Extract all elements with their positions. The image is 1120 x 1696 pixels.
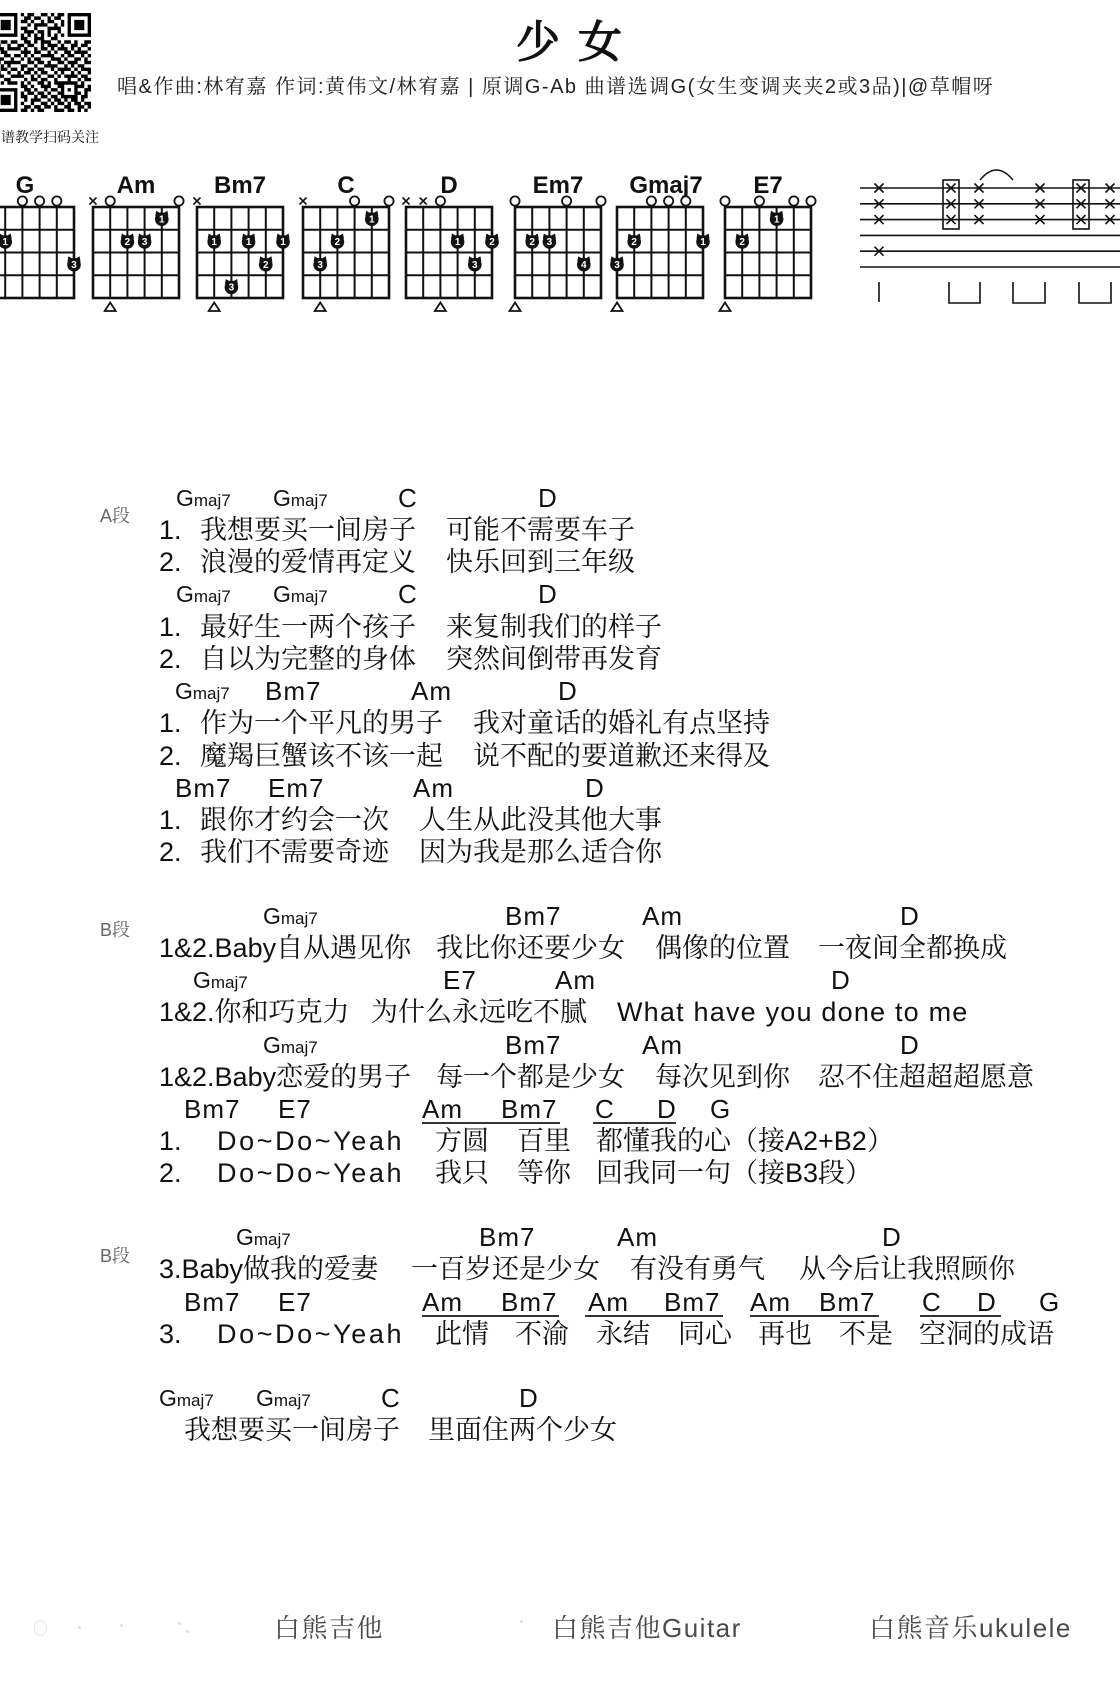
chord-label: G [1039, 1286, 1060, 1318]
finger-dot: 3 [313, 256, 327, 271]
chord-label: Bm7 [664, 1286, 720, 1318]
chord-line: Gmaj7 E7 Am D [0, 964, 1120, 996]
lyric-segment: 来复制我们的样子 [446, 611, 662, 643]
chord-label: Bm7 [479, 1221, 535, 1253]
lyric-segment: 此情 [435, 1318, 489, 1350]
lyric-segment: 从今后让我照顾你 [799, 1253, 1015, 1285]
chord-diagram-name: G [16, 172, 35, 199]
chord-diagram-e7: E7 1 2 [720, 172, 816, 311]
chord-line: Gmaj7 Bm7 Am D [0, 1221, 1120, 1253]
fretboard-grid [0, 207, 74, 298]
fretboard-grid [197, 207, 283, 298]
chord-label: Gmaj7 [193, 964, 248, 999]
chord-label: Em7 [268, 772, 324, 804]
chord-line: Gmaj7 Bm7 Am D [0, 1029, 1120, 1061]
finger-dot: 2 [485, 234, 499, 249]
chord-label: Gmaj7 [176, 482, 231, 517]
chord-label: Bm7 [501, 1093, 557, 1125]
open-string-icon [720, 196, 729, 205]
chord-line: Bm7 E7 Am Bm7 Am Bm7 Am Bm7 C D G [0, 1286, 1120, 1318]
watermark-text: 白熊吉他Guitar [552, 1612, 742, 1644]
lyric-segment: Do~Do~Yeah [217, 1318, 404, 1350]
root-triangle-icon [612, 303, 623, 312]
open-string-icon [664, 196, 673, 205]
chord-label: Bm7 [501, 1286, 557, 1318]
open-string-icon [647, 196, 656, 205]
lyric-segment: 突然间倒带再发育 [446, 643, 662, 675]
chord-diagram-g: G 1 3 [0, 172, 81, 298]
chord-group-underline [422, 1315, 559, 1317]
lyric-line: 3.Baby做我的爱妻 一百岁还是少女 有没有勇气 从今后让我照顾你 [0, 1253, 1120, 1285]
finger-dot: 3 [610, 256, 624, 271]
lyric-line: 1&2.你和巧克力 为什么永远吃不腻 What have you done to… [0, 996, 1120, 1028]
finger-number: 2 [125, 237, 131, 248]
fretboard-grid [406, 207, 492, 298]
chord-diagram-name: Gmaj7 [629, 172, 702, 199]
fretboard-grid [617, 207, 703, 298]
finger-dot: 1 [770, 211, 784, 226]
chord-label: Gmaj7 [175, 675, 230, 710]
lyric-line: 1&2.Baby恋爱的男子 每一个都是少女 每次见到你 忍不住超超超愿意 [0, 1061, 1120, 1093]
chord-label: D [585, 772, 605, 804]
finger-dot: 4 [577, 256, 591, 271]
lyric-segment: 浪漫的爱情再定义 [200, 546, 416, 578]
chord-label: D [558, 675, 578, 707]
chord-label: D [538, 578, 558, 610]
chord-label: G [710, 1093, 731, 1125]
root-triangle-icon [435, 303, 446, 312]
watermark-text: 白熊音乐ukulele [869, 1612, 1072, 1644]
verse-number: 3. [159, 1318, 182, 1350]
chord-label: Gmaj7 [273, 482, 328, 517]
chord-label: Am [422, 1093, 463, 1125]
lyric-segment: 方圆 [435, 1125, 489, 1157]
open-string-icon [755, 196, 764, 205]
chord-diagram-d: D 1 2 3 [403, 172, 499, 311]
chord-diagram-name: E7 [753, 172, 782, 199]
open-string-icon [806, 196, 815, 205]
lyric-segment: 我们不需要奇迹 [200, 836, 389, 868]
chord-line: Gmaj7 Bm7 Am D [0, 675, 1120, 707]
chord-label: Bm7 [265, 675, 321, 707]
lyric-line: 2. 魔羯巨蟹该不该一起 说不配的要道歉还来得及 [0, 740, 1120, 772]
chord-diagram-row: G 1 3 Am 1 2 3 Bm7 1 1 1 2 3 C 1 [0, 0, 1120, 330]
finger-dot: 2 [121, 234, 135, 249]
fretboard-grid [725, 207, 811, 298]
lyric-segment: 自以为完整的身体 [200, 643, 416, 675]
verse-number: 1. [159, 514, 182, 546]
lyric-segment: 1&2.Baby自从遇见你 [159, 932, 411, 964]
lyric-line: 2. Do~Do~Yeah 我只 等你 回我同一句 （接B3段） [0, 1157, 1120, 1189]
chord-label: Am [411, 675, 452, 707]
chord-label: E7 [278, 1286, 312, 1318]
finger-dot: 2 [331, 234, 345, 249]
finger-number: 3 [547, 237, 553, 248]
finger-number: 3 [472, 260, 478, 271]
chord-label: Bm7 [184, 1286, 240, 1318]
chord-label: Bm7 [505, 1029, 561, 1061]
chord-diagram-name: D [440, 172, 457, 199]
chord-diagram-c: C 1 2 3 [300, 172, 394, 311]
chord-diagram-name: Em7 [533, 172, 584, 199]
chord-label: D [657, 1093, 677, 1125]
lyric-segment: 忍不住超超超愿意 [818, 1061, 1034, 1093]
lyric-segment: 同心 [678, 1318, 732, 1350]
chord-label: Am [642, 900, 683, 932]
verse-number: 1. [159, 707, 182, 739]
chord-label: D [538, 482, 558, 514]
lyric-segment: 永结 [596, 1318, 650, 1350]
verse-number: 2. [159, 546, 182, 578]
chord-group-underline [920, 1315, 1001, 1317]
lyric-line: 1. 最好生一两个孩子 来复制我们的样子 [0, 611, 1120, 643]
lyric-line: 1. 作为一个平凡的男子 我对童话的婚礼有点坚持 [0, 707, 1120, 739]
finger-dot: 1 [155, 211, 169, 226]
finger-number: 1 [246, 237, 252, 248]
chord-label: D [977, 1286, 997, 1318]
chord-label: Gmaj7 [263, 900, 318, 935]
lyric-segment: 为什么永远吃不腻 [371, 996, 587, 1028]
finger-dot: 2 [259, 256, 273, 271]
finger-dot: 3 [225, 279, 239, 294]
finger-number: 1 [455, 237, 461, 248]
verse-number: 2. [159, 836, 182, 868]
finger-number: 2 [739, 237, 745, 248]
verse-number: 2. [159, 740, 182, 772]
chord-label: D [900, 1029, 920, 1061]
chord-label: Gmaj7 [159, 1382, 214, 1417]
finger-dot: 3 [543, 234, 557, 249]
lyric-segment: 每一个都是少女 [436, 1061, 625, 1093]
chord-label: Am [617, 1221, 658, 1253]
finger-number: 2 [335, 237, 341, 248]
rhythm-stems [879, 282, 1111, 303]
lyric-segment: 百里 [517, 1125, 571, 1157]
lyric-segment: Do~Do~Yeah [217, 1157, 404, 1189]
verse-number: 1. [159, 611, 182, 643]
chord-group-underline [422, 1122, 560, 1124]
lyric-line: 1&2.Baby自从遇见你 我比你还要少女 偶像的位置 一夜间全都换成 [0, 932, 1120, 964]
lyric-segment: 说不配的要道歉还来得及 [473, 740, 770, 772]
lyric-segment: 跟你才约会一次 [200, 804, 389, 836]
chord-label: C [595, 1093, 615, 1125]
open-string-icon [596, 196, 605, 205]
chord-group-underline [750, 1315, 879, 1317]
lyric-segment: Do~Do~Yeah [217, 1125, 404, 1157]
lyric-segment: 作为一个平凡的男子 [200, 707, 443, 739]
finger-dot: 1 [0, 234, 12, 249]
chord-label: C [398, 578, 418, 610]
lyric-segment: 再也 [758, 1318, 812, 1350]
lyric-segment: 偶像的位置 [655, 932, 790, 964]
tie-arc [980, 170, 1013, 180]
lyric-segment: 每次见到你 [655, 1061, 790, 1093]
verse-number: 2. [159, 1157, 182, 1189]
tab-staff-lines [860, 188, 1120, 267]
finger-number: 3 [229, 283, 235, 294]
finger-number: 1 [159, 214, 165, 225]
chord-group-underline [585, 1315, 723, 1317]
chord-label: Gmaj7 [256, 1382, 311, 1417]
lyric-segment: 因为我是那么适合你 [419, 836, 662, 868]
finger-number: 2 [489, 237, 495, 248]
lyric-segment: 里面住两个少女 [428, 1414, 617, 1446]
chord-label: Bm7 [175, 772, 231, 804]
finger-number: 1 [2, 237, 8, 248]
chord-diagram-name: Bm7 [214, 172, 266, 199]
lyric-segment: 我想要买一间房子 [184, 1414, 400, 1446]
lyric-segment: 我想要买一间房子 [200, 514, 416, 546]
chord-line: Gmaj7 Bm7 Am D [0, 900, 1120, 932]
finger-dot: 3 [67, 256, 81, 271]
chord-line: Gmaj7 Gmaj7 C D [0, 482, 1120, 514]
lyric-segment: 不渝 [515, 1318, 569, 1350]
lyric-segment: 人生从此没其他大事 [419, 804, 662, 836]
chord-line: Gmaj7 Gmaj7 C D [0, 578, 1120, 610]
lyric-segment: 不是 [839, 1318, 893, 1350]
verse-number: 1. [159, 804, 182, 836]
chord-label: Bm7 [505, 900, 561, 932]
chord-diagram-name: Am [117, 172, 156, 199]
lyric-segment: 一夜间全都换成 [818, 932, 1007, 964]
finger-number: 2 [529, 237, 535, 248]
jump-instruction: （接B3段） [731, 1157, 872, 1189]
chord-label: Am [642, 1029, 683, 1061]
lyric-line: 2. 浪漫的爱情再定义 快乐回到三年级 [0, 546, 1120, 578]
chord-label: Am [422, 1286, 463, 1318]
lyric-segment: 1&2.你和巧克力 [159, 996, 350, 1028]
chord-diagram-name: C [337, 172, 354, 199]
finger-number: 4 [581, 260, 587, 271]
finger-number: 1 [280, 237, 286, 248]
lyric-segment: 最好生一两个孩子 [200, 611, 416, 643]
chord-label: Bm7 [184, 1093, 240, 1125]
finger-dot: 1 [696, 234, 710, 249]
finger-dot: 2 [525, 234, 539, 249]
watermark-row: 白熊吉他 白熊吉他Guitar 白熊音乐ukulele [0, 1612, 1120, 1644]
lyric-line: 我想要买一间房子 里面住两个少女 [0, 1414, 1120, 1446]
lyric-segment: 等你 [517, 1157, 571, 1189]
verse-number: 2. [159, 643, 182, 675]
verse-number: 1. [159, 1125, 182, 1157]
root-triangle-icon [105, 303, 116, 312]
lyric-segment: 都懂我的心 [596, 1125, 731, 1157]
chord-label: Gmaj7 [236, 1221, 291, 1256]
chord-label: E7 [443, 964, 477, 996]
jump-instruction: （接A2+B2） [731, 1125, 894, 1157]
chord-label: D [882, 1221, 902, 1253]
chord-label: D [519, 1382, 539, 1414]
open-string-icon [350, 196, 359, 205]
muted-string-icon [194, 198, 201, 205]
chord-line: Bm7 E7 Am Bm7 C D G [0, 1093, 1120, 1125]
finger-dot: 1 [365, 211, 379, 226]
chord-label: Am [413, 772, 454, 804]
finger-dot: 1 [451, 234, 465, 249]
open-string-icon [174, 196, 183, 205]
muted-string-icon [403, 198, 410, 205]
finger-number: 3 [142, 237, 148, 248]
finger-number: 2 [263, 260, 269, 271]
chord-diagram-em7: Em7 2 3 4 [510, 172, 606, 311]
chord-label: Gmaj7 [263, 1029, 318, 1064]
finger-dot: 1 [242, 234, 256, 249]
fretboard-grid [515, 207, 601, 298]
lyric-segment: 回我同一句 [596, 1157, 731, 1189]
chord-label: C [398, 482, 418, 514]
open-string-icon [789, 196, 798, 205]
lyric-segment: 我只 [435, 1157, 489, 1189]
finger-number: 3 [71, 260, 77, 271]
lyric-line: 2. 我们不需要奇迹 因为我是那么适合你 [0, 836, 1120, 868]
lyric-segment: 魔羯巨蟹该不该一起 [200, 740, 443, 772]
lyric-segment: 有没有勇气 [630, 1253, 765, 1285]
lyric-segment: 快乐回到三年级 [446, 546, 635, 578]
finger-dot: 2 [627, 234, 641, 249]
lyric-line: 1. 我想要买一间房子 可能不需要车子 [0, 514, 1120, 546]
chord-label: Am [555, 964, 596, 996]
finger-dot: 1 [276, 234, 290, 249]
lyric-segment: 一百岁还是少女 [411, 1253, 600, 1285]
muted-string-icon [300, 198, 307, 205]
open-string-icon [35, 196, 44, 205]
finger-number: 2 [631, 237, 637, 248]
finger-dot: 1 [207, 234, 221, 249]
open-string-icon [384, 196, 393, 205]
chord-label: Gmaj7 [273, 578, 328, 613]
muted-string-icon [90, 198, 97, 205]
finger-number: 1 [700, 237, 706, 248]
chord-diagram-gmaj7: Gmaj7 2 1 3 [610, 172, 710, 311]
lyric-line: 1. 跟你才约会一次 人生从此没其他大事 [0, 804, 1120, 836]
root-triangle-icon [720, 303, 731, 312]
chord-line: Gmaj7 Gmaj7 C D [0, 1382, 1120, 1414]
open-string-icon [681, 196, 690, 205]
lyric-segment: What have you done to me [617, 996, 969, 1028]
open-string-icon [106, 196, 115, 205]
chord-label: E7 [278, 1093, 312, 1125]
lyric-segment: 可能不需要车子 [446, 514, 635, 546]
chord-label: Bm7 [819, 1286, 875, 1318]
finger-dot: 3 [138, 234, 152, 249]
lyric-segment: 我对童话的婚礼有点坚持 [473, 707, 770, 739]
chord-label: D [831, 964, 851, 996]
open-string-icon [18, 196, 27, 205]
chord-label: D [900, 900, 920, 932]
chord-label: Am [588, 1286, 629, 1318]
finger-number: 3 [614, 260, 620, 271]
root-triangle-icon [510, 303, 521, 312]
strum-pattern [860, 170, 1120, 303]
chord-label: Gmaj7 [176, 578, 231, 613]
lyric-segment: 空洞的成语 [919, 1318, 1054, 1350]
open-string-icon [436, 196, 445, 205]
chord-diagram-am: Am 1 2 3 [90, 172, 184, 311]
finger-number: 1 [211, 237, 217, 248]
finger-dot: 3 [468, 256, 482, 271]
chord-group-underline [593, 1122, 676, 1124]
chord-label: Am [750, 1286, 791, 1318]
lyric-line: 1. Do~Do~Yeah 方圆 百里 都懂我的心 （接A2+B2） [0, 1125, 1120, 1157]
lyric-line: 2. 自以为完整的身体 突然间倒带再发育 [0, 643, 1120, 675]
lyric-segment: 1&2.Baby恋爱的男子 [159, 1061, 411, 1093]
lyric-segment: 3.Baby做我的爱妻 [159, 1253, 378, 1285]
open-string-icon [510, 196, 519, 205]
finger-dot: 2 [735, 234, 749, 249]
chord-label: C [922, 1286, 942, 1318]
finger-number: 1 [369, 214, 375, 225]
lyric-line: 3. Do~Do~Yeah 此情 不渝 永结 同心 再也 不是 空洞的成语 [0, 1318, 1120, 1350]
chord-line: Bm7 Em7 Am D [0, 772, 1120, 804]
lyric-segment: 我比你还要少女 [436, 932, 625, 964]
open-string-icon [562, 196, 571, 205]
finger-number: 1 [774, 214, 780, 225]
chord-diagram-bm7: Bm7 1 1 1 2 3 [194, 172, 290, 311]
finger-number: 3 [317, 260, 323, 271]
root-triangle-icon [315, 303, 326, 312]
watermark-text: 白熊吉他 [274, 1612, 384, 1644]
root-triangle-icon [209, 303, 220, 312]
open-string-icon [52, 196, 61, 205]
muted-string-icon [420, 198, 427, 205]
chord-label: C [381, 1382, 401, 1414]
